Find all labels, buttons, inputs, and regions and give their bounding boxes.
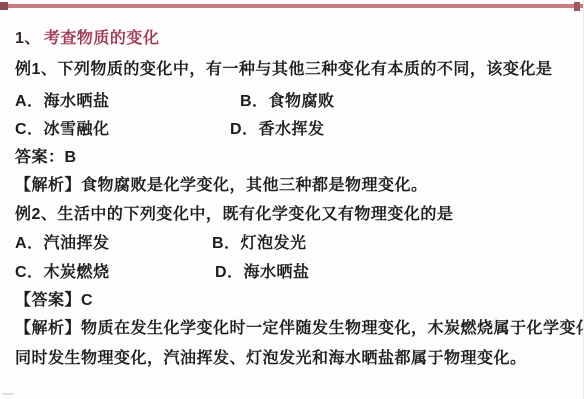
example1-option-d: D．香水挥发 [230,120,325,140]
example2-question: 例2、生活中的下列变化中，既有化学变化又有物理变化的是 [15,205,453,225]
example2-analysis-line1: 【解析】物质在发生化学变化时一定伴随发生物理变化，木炭燃烧属于化学变化， [15,319,584,339]
example1-options-row-cd: C．冰雪融化 D．香水挥发 [0,120,584,140]
example1-question: 例1、下列物质的变化中，有一种与其他三种变化有本质的不同，该变化是 [15,60,552,80]
accent-bar-left-tick [0,2,8,10]
example1-option-a: A．海水晒盐 [15,92,110,112]
section-heading: 1、考查物质的变化 [15,29,159,49]
section-number: 1、 [15,30,41,47]
example1-option-c: C．冰雪融化 [15,120,110,140]
example2-option-d: D．海水晒盐 [215,263,310,283]
top-accent-bar [0,4,584,8]
example2-options-row-cd: C．木炭燃烧 D．海水晒盐 [0,263,584,283]
accent-bar-right-tick [574,2,580,11]
bottom-left-artifact [2,393,14,395]
document-page: 1、考查物质的变化 例1、下列物质的变化中，有一种与其他三种变化有本质的不同，该… [0,0,584,399]
example2-option-a: A．汽油挥发 [15,234,110,254]
example2-analysis-line2: 同时发生物理变化，汽油挥发、灯泡发光和海水晒盐都属于物理变化。 [15,349,527,369]
example1-option-b: B．食物腐败 [240,92,335,112]
example2-option-b: B．灯泡发光 [212,234,307,254]
section-title-text: 考查物质的变化 [44,30,160,47]
example2-option-c: C．木炭燃烧 [15,263,110,283]
example1-analysis: 【解析】食物腐败是化学变化，其他三种都是物理变化。 [15,176,428,196]
example1-answer: 答案：B [15,148,77,168]
example2-answer: 【答案】C [15,291,93,311]
example2-options-row-ab: A．汽油挥发 B．灯泡发光 [0,234,584,254]
example1-options-row-ab: A．海水晒盐 B．食物腐败 [0,92,584,112]
